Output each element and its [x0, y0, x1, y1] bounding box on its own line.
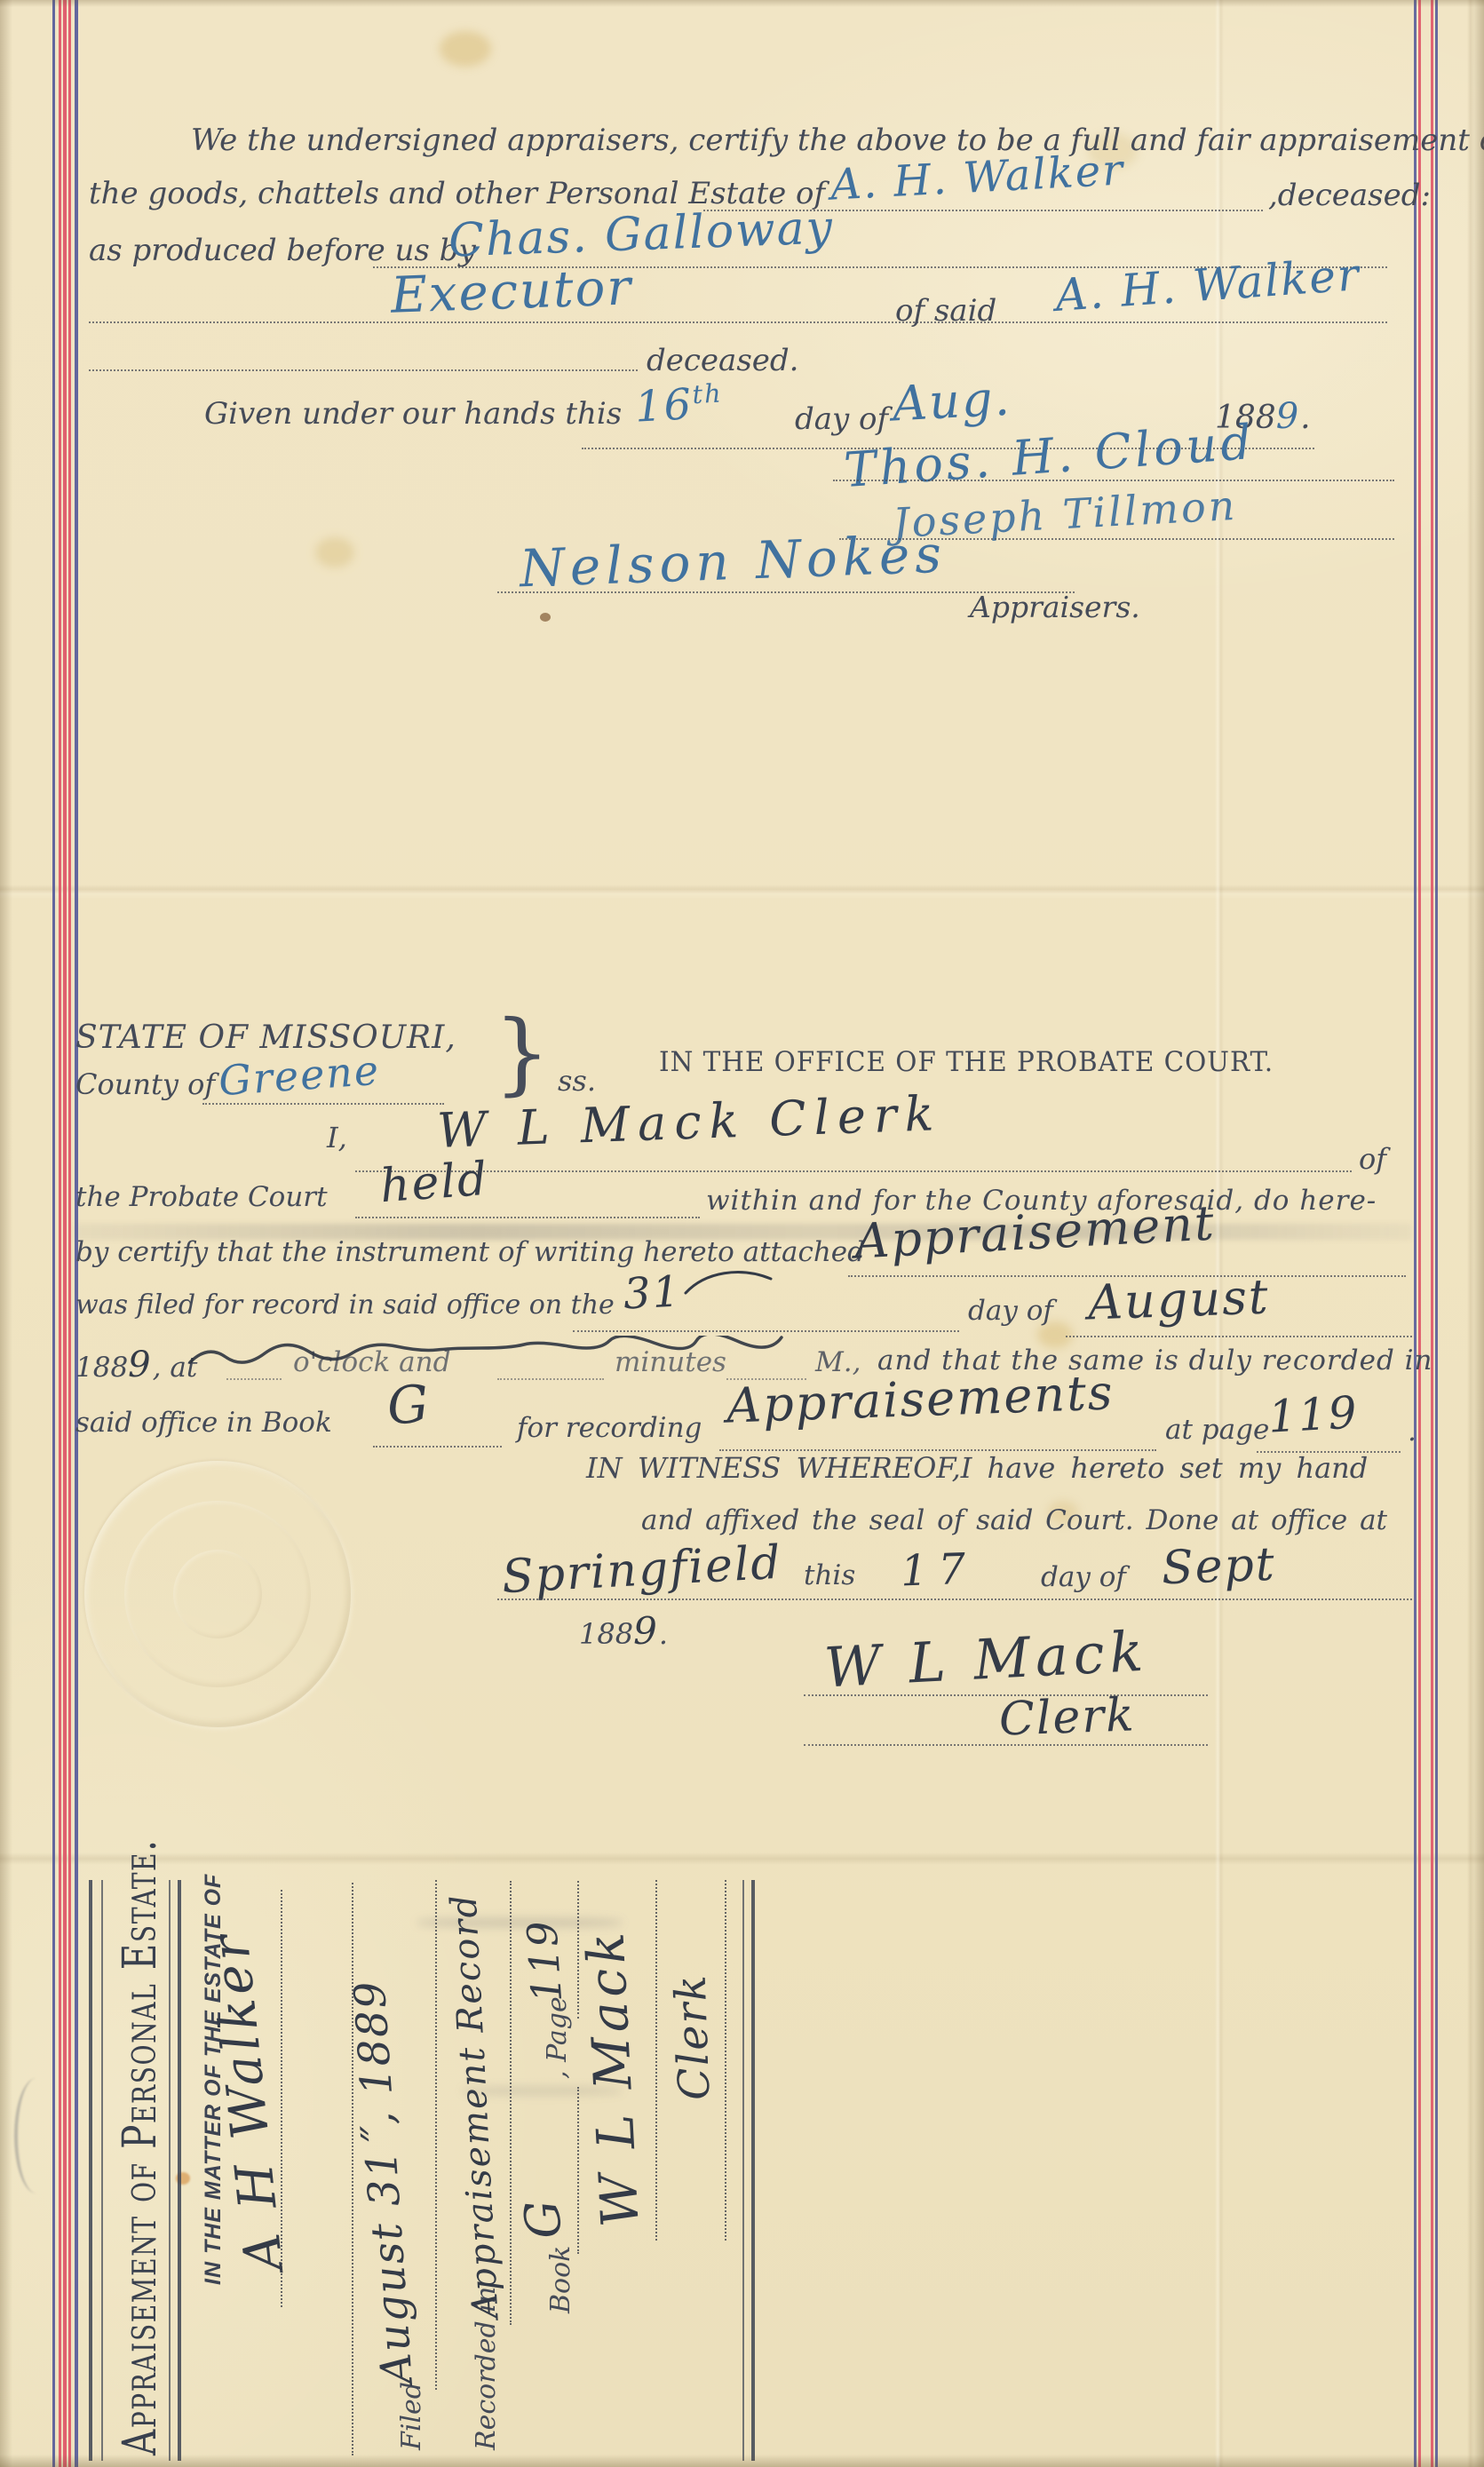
given-under-hands-label: Given under our hands this — [204, 396, 622, 432]
county-handwritten: Greene — [217, 1046, 381, 1106]
county-label: County of — [75, 1067, 215, 1101]
of-said-name-handwritten: A. H. Walker — [1053, 249, 1361, 321]
of-label: of — [1359, 1142, 1386, 1176]
filed-date-handwritten: August 31˝, 1889 — [345, 1978, 423, 2385]
probate-court-label: the Probate Court — [75, 1181, 328, 1213]
stain — [440, 31, 491, 67]
fold-crease-horizontal-lower — [0, 1852, 1484, 1865]
book-label: Book — [545, 2246, 576, 2313]
filed-day-handwritten: 31 — [623, 1266, 683, 1319]
day-ordinal-suffix: th — [692, 377, 724, 409]
period: . — [1300, 400, 1310, 436]
witness-whereof-text: IN WITNESS WHEREOF,I have hereto set my … — [586, 1451, 1368, 1485]
page-number-handwritten: 119 — [518, 1917, 571, 2003]
year-digits-printed: 188 — [579, 1617, 633, 1651]
day-of-label: day of — [968, 1295, 1053, 1327]
docket-rule — [742, 1880, 744, 2461]
certificate-line-1: We the undersigned appraisers, certify t… — [191, 123, 1484, 158]
done-month-handwritten: Sept — [1161, 1538, 1277, 1595]
place-handwritten: Springfield — [501, 1536, 783, 1604]
appraiser-signature: Nelson Nokes — [519, 524, 948, 599]
done-day-handwritten: 17 — [900, 1544, 977, 1597]
blank-line — [202, 1103, 444, 1105]
fold-crease-vertical-right — [1467, 0, 1474, 2467]
docket-rule — [89, 1880, 92, 2461]
blank-line — [89, 321, 1387, 323]
year-line: 1889, at — [75, 1345, 197, 1385]
brace-glyph: } — [494, 1009, 551, 1098]
docket-rule — [169, 1880, 171, 2461]
docket-rule — [101, 1880, 103, 2461]
page-edge-left — [0, 0, 12, 2467]
page-number-handwritten: 119 — [1267, 1386, 1360, 1442]
blank-line — [355, 1217, 700, 1218]
year-digits-printed: 188 — [75, 1352, 128, 1384]
scanned-probate-document: We the undersigned appraisers, certify t… — [0, 0, 1484, 2467]
docket-clerk-signature: W L Mack — [575, 1927, 651, 2229]
probate-office-heading: IN THE OFFICE OF THE PROBATE COURT. — [659, 1046, 1274, 1078]
blank-line — [89, 369, 638, 371]
fold-crease-vertical — [1215, 0, 1224, 2467]
blank-line — [373, 1446, 502, 1448]
signature-line — [804, 1744, 1208, 1746]
strikethrough-squiggle — [185, 1336, 877, 1382]
page-label: , Page — [542, 1996, 573, 2079]
day-of-label: day of — [795, 401, 888, 437]
produced-before-us-label: as produced before us by — [89, 233, 476, 268]
blank-line — [497, 1598, 1412, 1600]
docket-rule — [178, 1880, 181, 2461]
signature-line — [725, 1880, 726, 2241]
appraisers-label: Appraisers. — [970, 590, 1140, 624]
signature-line — [833, 480, 1394, 481]
blank-line — [281, 1890, 282, 2307]
left-edge-ruled-stripes — [52, 0, 78, 2467]
affixed-seal-text: and affixed the seal of said Court. Done… — [641, 1504, 1387, 1536]
book-letter-handwritten: G — [385, 1373, 433, 1436]
blank-line — [355, 1170, 1352, 1172]
stain — [315, 537, 354, 567]
of-said-label: of said — [895, 293, 996, 329]
pen-flourish — [682, 1265, 780, 1300]
certify-instrument-text: by certify that the instrument of writin… — [75, 1236, 865, 1268]
embossed-seal-center — [173, 1550, 262, 1638]
clerk-title-handwritten: Clerk — [998, 1688, 1137, 1746]
month-handwritten: Aug. — [891, 370, 1012, 432]
clerk-signature-handwritten: W L Mack — [822, 1618, 1149, 1700]
this-label: this — [804, 1559, 855, 1591]
done-year: 1889. — [579, 1609, 668, 1653]
blank-line — [435, 1880, 437, 2390]
filed-label: Filed — [396, 2382, 427, 2450]
blank-line — [573, 1330, 959, 1332]
deceased-suffix: ,deceased: — [1268, 178, 1431, 213]
state-heading: STATE OF MISSOURI, — [75, 1019, 456, 1056]
year-digit-handwritten: 9 — [128, 1345, 152, 1385]
page-edge-right — [1472, 0, 1484, 2467]
blank-line — [1066, 1336, 1412, 1337]
at-page-label: at page — [1165, 1414, 1269, 1446]
docket-rotated-content: Appraisement of Personal Estate. IN THE … — [78, 1869, 771, 2463]
blank-line — [577, 2087, 579, 2254]
year-digit-handwritten: 9 — [1276, 396, 1300, 437]
book-label: said office in Book — [75, 1407, 332, 1439]
docket-title: Appraisement of Personal Estate. — [114, 1838, 167, 2455]
blank-line — [352, 1883, 353, 2455]
filed-month-handwritten: August — [1087, 1268, 1271, 1330]
fold-crease-horizontal-upper — [0, 884, 1484, 899]
day-number: 16 — [634, 379, 694, 432]
right-edge-ruled-stripes — [1414, 0, 1440, 2467]
docket-rule — [751, 1880, 755, 2461]
i-label: I, — [327, 1121, 347, 1154]
sentence-period: . — [1408, 1416, 1417, 1448]
ss-label: ss. — [558, 1064, 596, 1098]
blank-line — [510, 1881, 512, 2325]
page-edge-top — [0, 0, 1484, 7]
filed-for-record-text: was filed for record in said office on t… — [75, 1289, 615, 1321]
day-number-handwritten: 16th — [634, 377, 725, 432]
book-letter-handwritten: G — [513, 2196, 573, 2241]
period: . — [659, 1617, 668, 1651]
held-handwritten: held — [378, 1153, 490, 1213]
docket-panel: Appraisement of Personal Estate. IN THE … — [78, 1869, 771, 2463]
deceased-label: deceased. — [647, 343, 798, 378]
ink-speck — [540, 613, 551, 622]
executor-handwritten: Executor — [390, 258, 633, 324]
record-book-handwritten: Appraisement Record — [443, 1892, 506, 2320]
signature-line — [655, 1880, 657, 2241]
year-digit-handwritten: 9 — [633, 1609, 659, 1653]
day-of-label: day of — [1041, 1561, 1126, 1593]
docket-clerk-title: Clerk — [666, 1973, 720, 2101]
for-recording-label: for recording — [517, 1412, 702, 1444]
